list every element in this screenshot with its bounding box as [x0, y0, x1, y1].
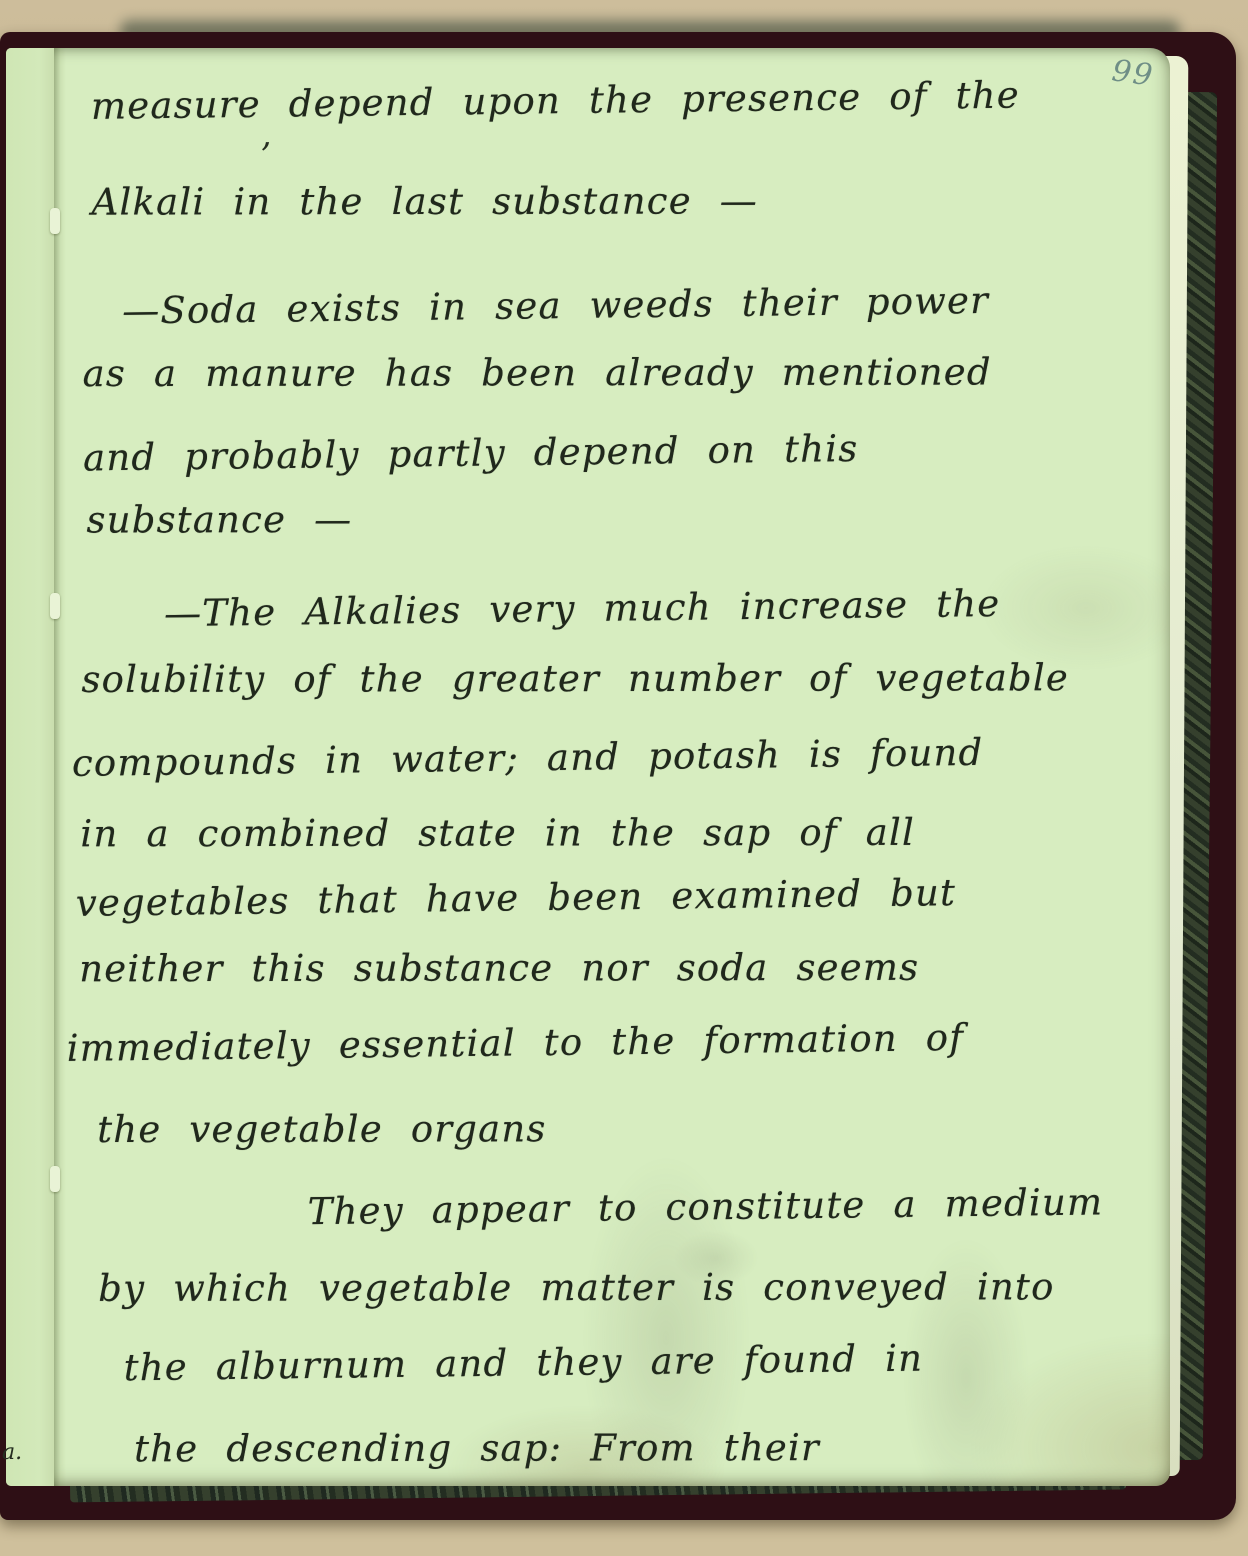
manuscript-line: the descending sap: From their: [134, 1423, 820, 1474]
manuscript-line: They appear to constitute a medium: [307, 1177, 1103, 1237]
manuscript-line: —Soda exists in sea weeds their power: [122, 276, 989, 337]
manuscript-text: measure depend upon the presence of the …: [2, 44, 1175, 1489]
stray-ink-mark: ’: [260, 136, 271, 176]
manuscript-line: the vegetable organs: [97, 1104, 546, 1155]
manuscript-line: vegetables that have been examined but: [76, 868, 957, 929]
photograph-of-manuscript: { "doc": { "page_number": "99", "margin_…: [0, 0, 1248, 1556]
manuscript-line: in a combined state in the sap of all: [80, 808, 915, 859]
manuscript-line: measure depend upon the presence of the: [91, 71, 1020, 132]
manuscript-line: and probably partly depend on this: [83, 424, 859, 483]
manuscript-line: Alkali in the last substance —: [92, 176, 758, 227]
manuscript-line: substance —: [86, 495, 352, 545]
manuscript-line: the alburnum and they are found in: [123, 1334, 923, 1394]
manuscript-line: —The Alkalies very much increase the: [164, 579, 1001, 639]
manuscript-line: by which vegetable matter is conveyed in…: [98, 1262, 1054, 1314]
manuscript-line: immediately essential to the formation o…: [66, 1013, 964, 1074]
manuscript-line: solubility of the greater number of vege…: [81, 653, 1069, 705]
manuscript-line: as a manure has been already mentioned: [83, 348, 992, 400]
margin-ink-mark: a.: [2, 1440, 22, 1465]
book-cover: 99 measure depend upon the presence of t…: [0, 32, 1236, 1520]
manuscript-line: neither this substance nor soda seems: [79, 943, 919, 994]
manuscript-line: compounds in water; and potash is found: [72, 728, 984, 789]
notebook-page: 99 measure depend upon the presence of t…: [6, 48, 1170, 1486]
